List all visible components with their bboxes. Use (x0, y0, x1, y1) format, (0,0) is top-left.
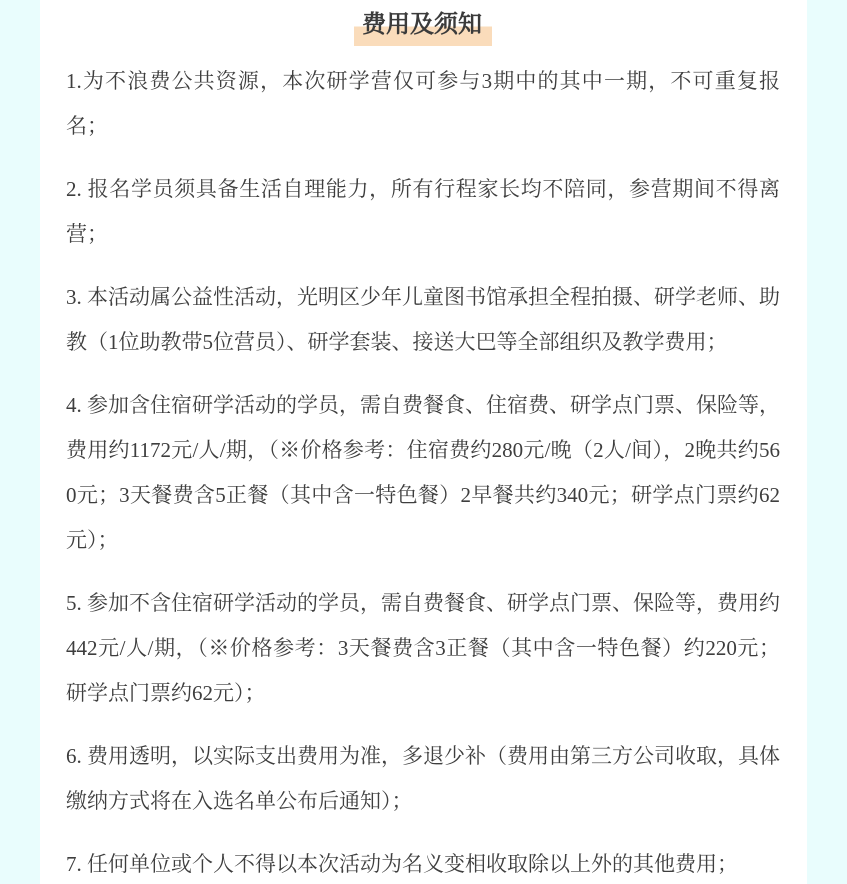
title-row: 费用及须知 (66, 10, 780, 46)
notice-item-3: 3. 本活动属公益性活动，光明区少年儿童图书馆承担全程拍摄、研学老师、助教（1位… (66, 275, 780, 365)
notice-item-4: 4. 参加含住宿研学活动的学员，需自费餐食、住宿费、研学点门票、保险等，费用约1… (66, 383, 780, 563)
notice-item-1: 1.为不浪费公共资源，本次研学营仅可参与3期中的其中一期，不可重复报名； (66, 59, 780, 149)
section-title: 费用及须知 (354, 10, 492, 46)
notice-item-7: 7. 任何单位或个人不得以本次活动为名义变相收取除以上外的其他费用； (66, 842, 780, 884)
notice-item-5: 5. 参加不含住宿研学活动的学员，需自费餐食、研学点门票、保险等，费用约442元… (66, 581, 780, 716)
article-content: 费用及须知 1.为不浪费公共资源，本次研学营仅可参与3期中的其中一期，不可重复报… (40, 0, 807, 884)
notice-item-6: 6. 费用透明，以实际支出费用为准，多退少补（费用由第三方公司收取，具体缴纳方式… (66, 734, 780, 824)
notice-item-2: 2. 报名学员须具备生活自理能力，所有行程家长均不陪同，参营期间不得离营； (66, 167, 780, 257)
